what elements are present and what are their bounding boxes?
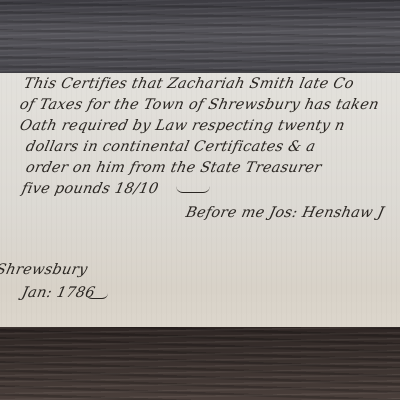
place-line: Shrewsbury — [0, 262, 89, 278]
signature-line: Before me Jos: Henshaw J — [184, 205, 385, 221]
document-line-5: order on him from the State Treasurer — [24, 160, 323, 176]
wood-surface-top — [0, 0, 400, 74]
document-paper: This Certifies that Zachariah Smith late… — [0, 73, 400, 327]
document-line-4: dollars in continental Certificates & a — [24, 139, 317, 155]
document-line-1: This Certifies that Zachariah Smith late… — [22, 76, 355, 92]
document-line-6: five pounds 18/10 — [20, 181, 160, 197]
wood-surface-bottom — [0, 327, 400, 400]
document-line-3: Oath required by Law respecting twenty n — [18, 118, 346, 134]
document-line-2: of Taxes for the Town of Shrewsbury has … — [18, 97, 380, 113]
date-flourish — [86, 293, 108, 299]
flourish-stroke — [176, 186, 210, 193]
